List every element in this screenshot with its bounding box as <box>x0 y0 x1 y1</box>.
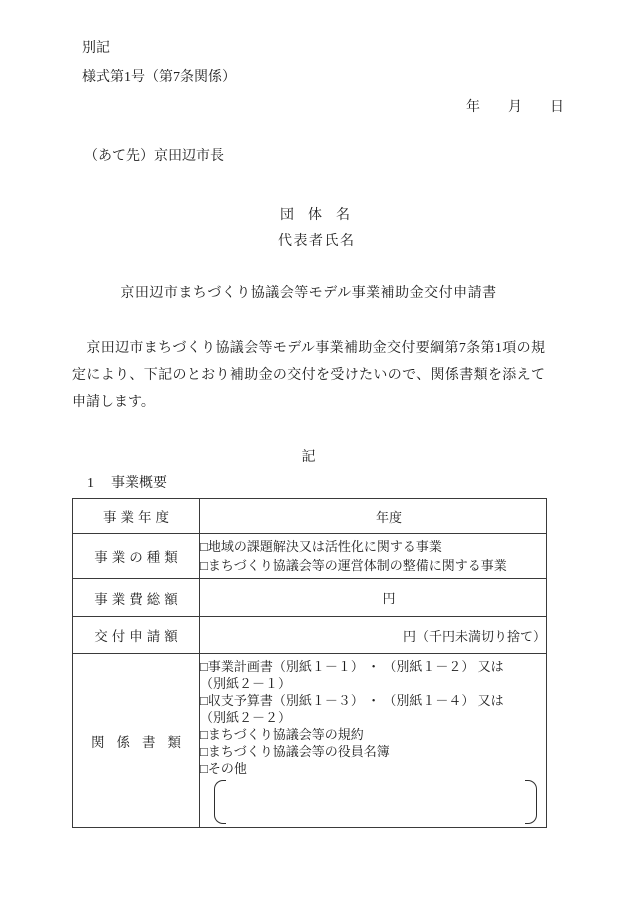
form-number: 様式第1号（第7条関係） <box>82 66 236 86</box>
document-item-text: （別紙２－１） <box>200 676 291 691</box>
document-item-text: （別紙２－２） <box>200 710 291 725</box>
requested-amount-label: 交付申請額 <box>73 617 200 654</box>
document-item: □まちづくり協議会等の規約 <box>200 726 546 743</box>
document-item-text: 事業計画書（別紙１－１） ・ （別紙１－２） 又は <box>208 659 504 674</box>
document-item: □事業計画書（別紙１－１） ・ （別紙１－２） 又は <box>200 658 546 675</box>
list-marker: 記 <box>72 446 545 466</box>
table-row-project-type: 事業の種類 □地域の課題解決又は活性化に関する事業 □まちづくり協議会等の運営体… <box>73 534 547 579</box>
checkbox-icon: □ <box>200 659 208 674</box>
document-item-text: その他 <box>208 761 247 776</box>
document-item-text: 収支予算書（別紙１－３） ・ （別紙１－４） 又は <box>208 693 504 708</box>
document-item-text: まちづくり協議会等の規約 <box>208 727 364 742</box>
org-name-label: 団 体 名 <box>280 204 350 224</box>
right-bracket <box>525 780 537 824</box>
project-type-option: □地域の課題解決又は活性化に関する事業 <box>200 537 546 556</box>
table-row-requested-amount: 交付申請額 円（千円未満切り捨て） <box>73 617 547 654</box>
date-line: 年 月 日 <box>466 96 564 116</box>
addressee: （あて先）京田辺市長 <box>84 145 224 165</box>
documents-list: □事業計画書（別紙１－１） ・ （別紙１－２） 又は （別紙２－１） □収支予算… <box>200 654 547 828</box>
document-page: 別記 様式第1号（第7条関係） 年 月 日 （あて先）京田辺市長 団 体 名 代… <box>0 0 630 903</box>
section-title: 事業概要 <box>111 476 167 491</box>
representative-label: 代表者氏名 <box>278 230 356 250</box>
document-title: 京田辺市まちづくり協議会等モデル事業補助金交付申請書 <box>72 282 545 302</box>
documents-label: 関係書類 <box>73 654 200 828</box>
requested-amount-value: 円（千円未満切り捨て） <box>200 617 547 654</box>
project-type-options: □地域の課題解決又は活性化に関する事業 □まちづくり協議会等の運営体制の整備に関… <box>200 534 547 579</box>
document-item-continuation: （別紙２－２） <box>200 709 546 726</box>
document-item-continuation: （別紙２－１） <box>200 675 546 692</box>
checkbox-icon: □ <box>200 558 208 573</box>
project-overview-table: 事業年度 年度 事業の種類 □地域の課題解決又は活性化に関する事業 □まちづくり… <box>72 498 547 828</box>
total-cost-value: 円 <box>200 579 547 617</box>
table-row-total-cost: 事業費総額 円 <box>73 579 547 617</box>
option-text: まちづくり協議会等の運営体制の整備に関する事業 <box>208 558 507 573</box>
table-row-fiscal-year: 事業年度 年度 <box>73 499 547 534</box>
section-heading: 1事業概要 <box>87 472 167 492</box>
fiscal-year-value: 年度 <box>200 499 547 534</box>
other-fill-in-area <box>214 780 537 824</box>
option-text: 地域の課題解決又は活性化に関する事業 <box>208 539 442 554</box>
project-type-option: □まちづくり協議会等の運営体制の整備に関する事業 <box>200 556 546 575</box>
note-label: 別記 <box>82 37 110 57</box>
document-item: □まちづくり協議会等の役員名簿 <box>200 743 546 760</box>
checkbox-icon: □ <box>200 727 208 742</box>
document-item: □その他 <box>200 760 546 777</box>
table-row-documents: 関係書類 □事業計画書（別紙１－１） ・ （別紙１－２） 又は （別紙２－１） … <box>73 654 547 828</box>
body-paragraph: 京田辺市まちづくり協議会等モデル事業補助金交付要綱第7条第1項の規定により、下記… <box>72 335 545 416</box>
checkbox-icon: □ <box>200 761 208 776</box>
total-cost-label: 事業費総額 <box>73 579 200 617</box>
project-type-label: 事業の種類 <box>73 534 200 579</box>
checkbox-icon: □ <box>200 744 208 759</box>
checkbox-icon: □ <box>200 693 208 708</box>
document-item: □収支予算書（別紙１－３） ・ （別紙１－４） 又は <box>200 692 546 709</box>
document-item-text: まちづくり協議会等の役員名簿 <box>208 744 390 759</box>
checkbox-icon: □ <box>200 539 208 554</box>
section-number: 1 <box>87 476 94 491</box>
left-bracket <box>214 780 226 824</box>
fiscal-year-label: 事業年度 <box>73 499 200 534</box>
